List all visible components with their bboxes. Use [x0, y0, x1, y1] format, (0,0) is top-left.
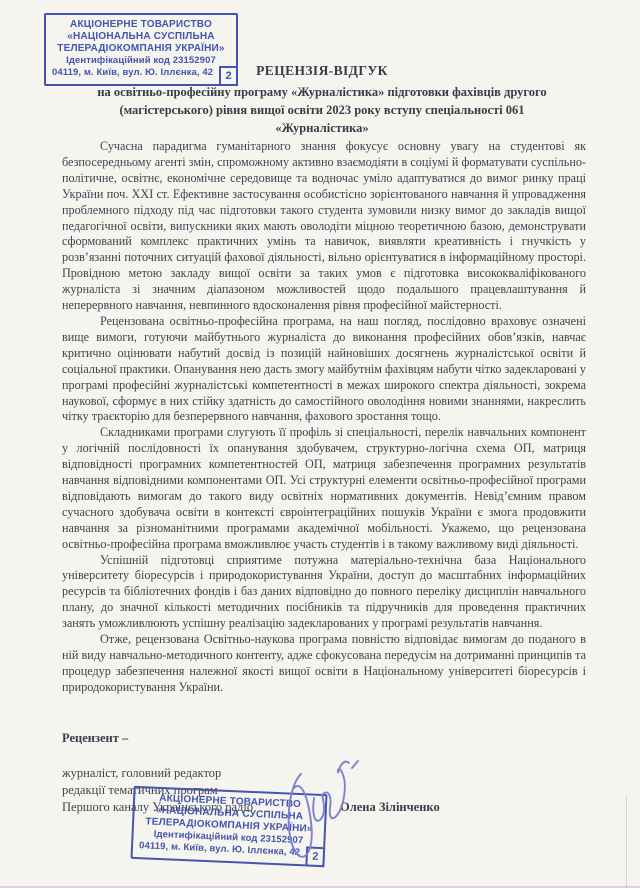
company-stamp-bottom: АКЦІОНЕРНЕ ТОВАРИСТВО «НАЦІОНАЛЬНА СУСПІ… — [131, 786, 328, 867]
stamp-copy-number: 2 — [305, 846, 325, 867]
body-paragraph: Рецензована освітньо-професійна програма… — [62, 314, 586, 425]
stamp-org-name-line: ТЕЛЕРАДІОКОМПАНІЯ УКРАЇНИ» — [50, 43, 232, 55]
title-subtitle-line: «Журналістика» — [58, 119, 586, 137]
document-title-block: РЕЦЕНЗІЯ-ВІДГУК на освітньо-професійну п… — [58, 63, 586, 137]
reviewer-name: Олена Зілінченко — [340, 799, 440, 816]
stamp-org-name-line: «НАЦІОНАЛЬНА СУСПІЛЬНА — [50, 31, 232, 43]
document-title: РЕЦЕНЗІЯ-ВІДГУК — [58, 63, 586, 79]
reviewer-position-line: журналіст, головний редактор — [62, 765, 586, 782]
scanned-document-page: АКЦІОНЕРНЕ ТОВАРИСТВО «НАЦІОНАЛЬНА СУСПІ… — [0, 0, 640, 888]
scan-artifact-line — [626, 795, 627, 888]
document-body: Сучасна парадигма гуманітарного знання ф… — [62, 139, 586, 696]
title-subtitle-line: на освітньо-професійну програму «Журналі… — [58, 83, 586, 101]
body-paragraph: Сучасна парадигма гуманітарного знання ф… — [62, 139, 586, 314]
body-paragraph: Успішній підготовці сприятиме потужна ма… — [62, 553, 586, 633]
body-paragraph: Складниками програми слугують її профіль… — [62, 425, 586, 552]
reviewer-label: Рецензент – — [62, 730, 586, 747]
body-paragraph: Отже, рецензована Освітньо-наукова прогр… — [62, 632, 586, 696]
stamp-org-name-line: АКЦІОНЕРНЕ ТОВАРИСТВО — [50, 19, 232, 31]
title-subtitle-line: (магістерського) рівня вищої освіти 2023… — [58, 101, 586, 119]
